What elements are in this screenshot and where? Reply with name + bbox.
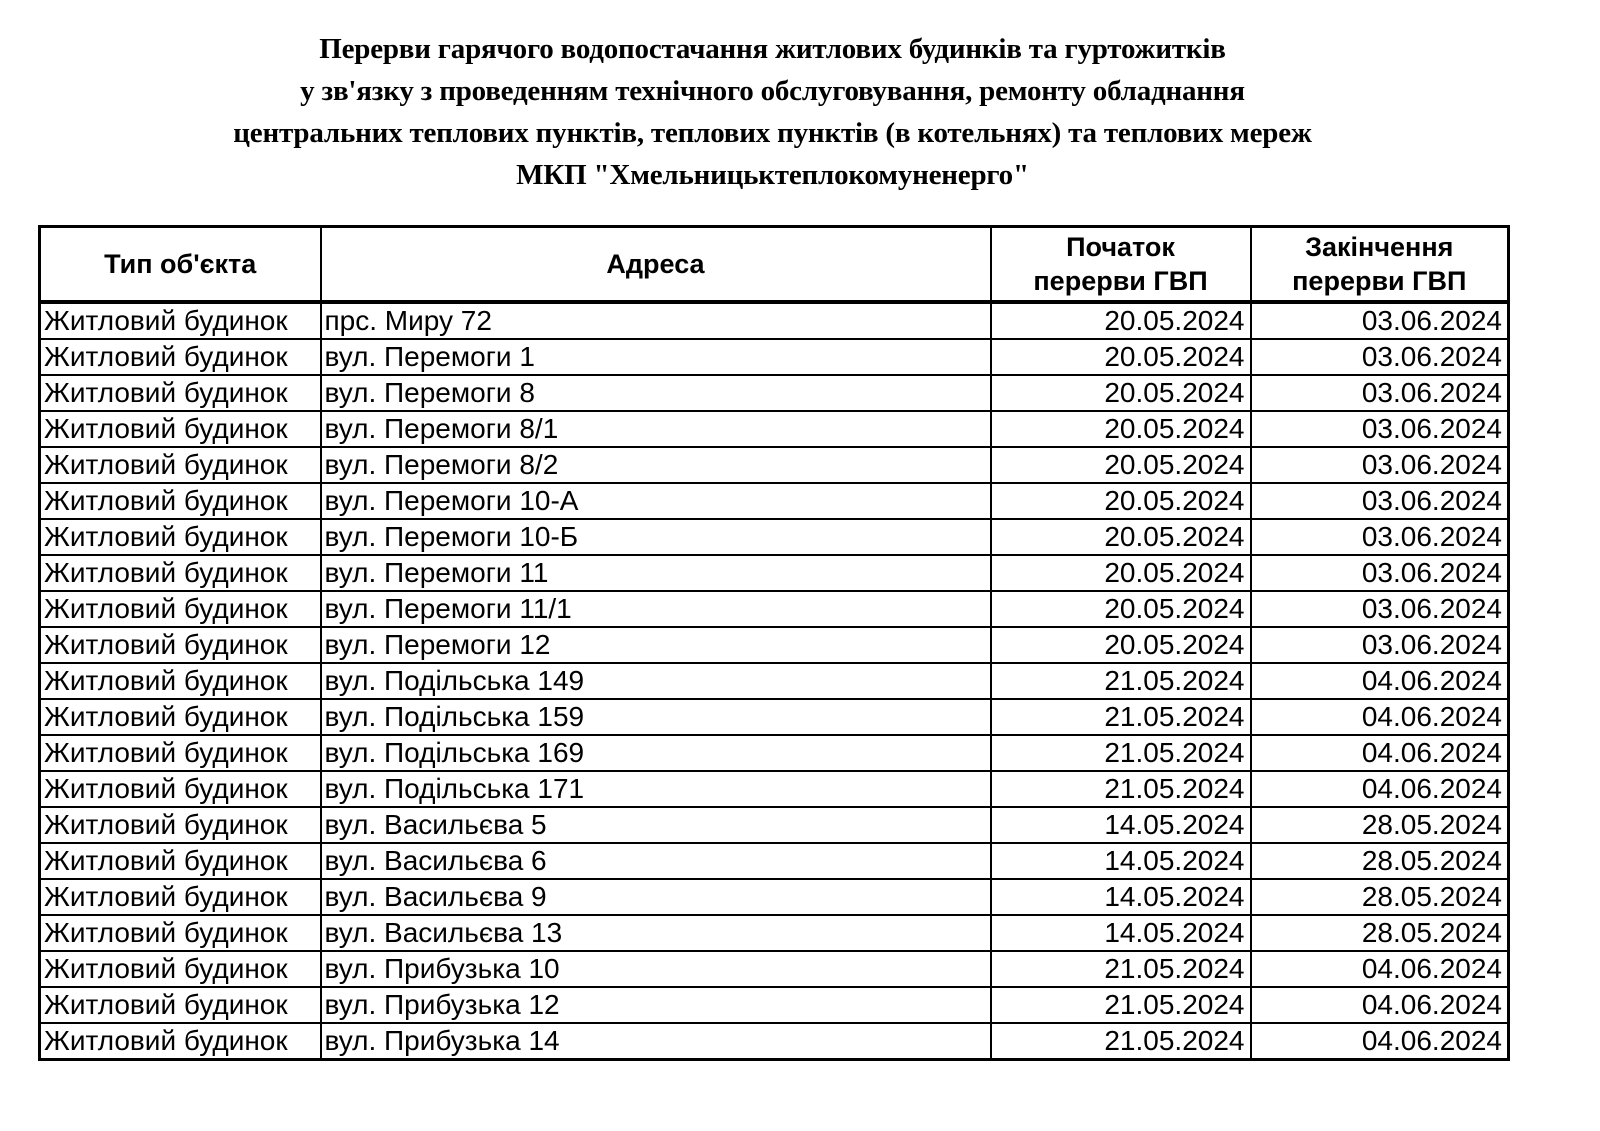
cell-start-date: 21.05.2024	[991, 1023, 1251, 1060]
cell-object-type: Житловий будинок	[40, 843, 321, 879]
cell-address: прс. Миру 72	[321, 302, 991, 339]
cell-object-type: Житловий будинок	[40, 951, 321, 987]
table-row: Житловий будинокпрс. Миру 7220.05.202403…	[40, 302, 1509, 339]
cell-address: вул. Перемоги 11	[321, 555, 991, 591]
cell-start-date: 20.05.2024	[991, 302, 1251, 339]
cell-start-date: 20.05.2024	[991, 339, 1251, 375]
table-row: Житловий будиноквул. Перемоги 8/120.05.2…	[40, 411, 1509, 447]
cell-start-date: 20.05.2024	[991, 483, 1251, 519]
cell-address: вул. Прибузька 10	[321, 951, 991, 987]
cell-object-type: Житловий будинок	[40, 375, 321, 411]
cell-object-type: Житловий будинок	[40, 1023, 321, 1060]
cell-address: вул. Перемоги 10-Б	[321, 519, 991, 555]
cell-object-type: Житловий будинок	[40, 339, 321, 375]
document-title: Перерви гарячого водопостачання житлових…	[0, 28, 1545, 196]
cell-start-date: 20.05.2024	[991, 447, 1251, 483]
cell-object-type: Житловий будинок	[40, 627, 321, 663]
cell-start-date: 20.05.2024	[991, 519, 1251, 555]
cell-object-type: Житловий будинок	[40, 663, 321, 699]
cell-end-date: 04.06.2024	[1251, 771, 1509, 807]
table-row: Житловий будиноквул. Перемоги 11/120.05.…	[40, 591, 1509, 627]
cell-end-date: 28.05.2024	[1251, 879, 1509, 915]
cell-end-date: 03.06.2024	[1251, 447, 1509, 483]
cell-start-date: 21.05.2024	[991, 663, 1251, 699]
cell-address: вул. Васильєва 6	[321, 843, 991, 879]
cell-start-date: 21.05.2024	[991, 735, 1251, 771]
cell-start-date: 20.05.2024	[991, 627, 1251, 663]
cell-end-date: 03.06.2024	[1251, 339, 1509, 375]
cell-address: вул. Перемоги 11/1	[321, 591, 991, 627]
cell-address: вул. Перемоги 1	[321, 339, 991, 375]
cell-address: вул. Васильєва 9	[321, 879, 991, 915]
cell-end-date: 03.06.2024	[1251, 375, 1509, 411]
cell-start-date: 14.05.2024	[991, 879, 1251, 915]
cell-object-type: Житловий будинок	[40, 987, 321, 1023]
title-line: у зв'язку з проведенням технічного обслу…	[0, 70, 1545, 112]
cell-object-type: Житловий будинок	[40, 411, 321, 447]
cell-end-date: 28.05.2024	[1251, 843, 1509, 879]
table-row: Житловий будиноквул. Васильєва 514.05.20…	[40, 807, 1509, 843]
cell-object-type: Житловий будинок	[40, 735, 321, 771]
cell-start-date: 20.05.2024	[991, 375, 1251, 411]
cell-start-date: 20.05.2024	[991, 555, 1251, 591]
cell-end-date: 03.06.2024	[1251, 483, 1509, 519]
table-row: Житловий будиноквул. Перемоги 8/220.05.2…	[40, 447, 1509, 483]
title-line: центральних теплових пунктів, теплових п…	[0, 112, 1545, 154]
cell-address: вул. Перемоги 8	[321, 375, 991, 411]
cell-object-type: Житловий будинок	[40, 519, 321, 555]
cell-object-type: Житловий будинок	[40, 591, 321, 627]
table-row: Житловий будиноквул. Прибузька 1421.05.2…	[40, 1023, 1509, 1060]
cell-address: вул. Подільська 169	[321, 735, 991, 771]
table-row: Житловий будиноквул. Васильєва 1314.05.2…	[40, 915, 1509, 951]
cell-object-type: Житловий будинок	[40, 483, 321, 519]
cell-object-type: Житловий будинок	[40, 447, 321, 483]
cell-start-date: 20.05.2024	[991, 591, 1251, 627]
table-row: Житловий будиноквул. Васильєва 914.05.20…	[40, 879, 1509, 915]
cell-end-date: 03.06.2024	[1251, 591, 1509, 627]
cell-end-date: 28.05.2024	[1251, 915, 1509, 951]
cell-object-type: Житловий будинок	[40, 879, 321, 915]
table-body: Житловий будинокпрс. Миру 7220.05.202403…	[40, 302, 1509, 1060]
table-header-row: Тип об'єкта Адреса Початок перерви ГВП З…	[40, 227, 1509, 303]
cell-address: вул. Перемоги 8/2	[321, 447, 991, 483]
cell-address: вул. Прибузька 14	[321, 1023, 991, 1060]
cell-end-date: 04.06.2024	[1251, 987, 1509, 1023]
cell-end-date: 03.06.2024	[1251, 411, 1509, 447]
cell-address: вул. Подільська 171	[321, 771, 991, 807]
table-row: Житловий будиноквул. Подільська 17121.05…	[40, 771, 1509, 807]
cell-address: вул. Перемоги 12	[321, 627, 991, 663]
table-row: Житловий будиноквул. Прибузька 1221.05.2…	[40, 987, 1509, 1023]
table-row: Житловий будиноквул. Прибузька 1021.05.2…	[40, 951, 1509, 987]
cell-start-date: 20.05.2024	[991, 411, 1251, 447]
cell-object-type: Житловий будинок	[40, 915, 321, 951]
cell-end-date: 04.06.2024	[1251, 1023, 1509, 1060]
header-object-type: Тип об'єкта	[40, 227, 321, 303]
cell-end-date: 04.06.2024	[1251, 663, 1509, 699]
header-start: Початок перерви ГВП	[991, 227, 1251, 303]
cell-start-date: 21.05.2024	[991, 951, 1251, 987]
cell-address: вул. Васильєва 5	[321, 807, 991, 843]
hot-water-outage-table: Тип об'єкта Адреса Початок перерви ГВП З…	[38, 225, 1510, 1061]
cell-address: вул. Перемоги 8/1	[321, 411, 991, 447]
cell-end-date: 04.06.2024	[1251, 951, 1509, 987]
cell-object-type: Житловий будинок	[40, 699, 321, 735]
cell-end-date: 03.06.2024	[1251, 555, 1509, 591]
cell-start-date: 14.05.2024	[991, 915, 1251, 951]
table-row: Житловий будиноквул. Подільська 16921.05…	[40, 735, 1509, 771]
cell-address: вул. Подільська 159	[321, 699, 991, 735]
table-row: Житловий будиноквул. Перемоги 10-Б20.05.…	[40, 519, 1509, 555]
cell-end-date: 04.06.2024	[1251, 699, 1509, 735]
cell-address: вул. Перемоги 10-А	[321, 483, 991, 519]
cell-end-date: 04.06.2024	[1251, 735, 1509, 771]
cell-object-type: Житловий будинок	[40, 555, 321, 591]
cell-start-date: 21.05.2024	[991, 771, 1251, 807]
cell-start-date: 21.05.2024	[991, 699, 1251, 735]
table-row: Житловий будиноквул. Подільська 14921.05…	[40, 663, 1509, 699]
cell-address: вул. Прибузька 12	[321, 987, 991, 1023]
table-row: Житловий будиноквул. Перемоги 10-А20.05.…	[40, 483, 1509, 519]
table-row: Житловий будиноквул. Васильєва 614.05.20…	[40, 843, 1509, 879]
table-row: Житловий будиноквул. Перемоги 120.05.202…	[40, 339, 1509, 375]
cell-start-date: 14.05.2024	[991, 807, 1251, 843]
cell-start-date: 21.05.2024	[991, 987, 1251, 1023]
table-row: Житловий будиноквул. Перемоги 1220.05.20…	[40, 627, 1509, 663]
header-end: Закінчення перерви ГВП	[1251, 227, 1509, 303]
cell-end-date: 03.06.2024	[1251, 302, 1509, 339]
cell-address: вул. Васильєва 13	[321, 915, 991, 951]
table-row: Житловий будиноквул. Перемоги 1120.05.20…	[40, 555, 1509, 591]
header-address: Адреса	[321, 227, 991, 303]
table-row: Житловий будиноквул. Перемоги 820.05.202…	[40, 375, 1509, 411]
cell-object-type: Житловий будинок	[40, 807, 321, 843]
cell-end-date: 28.05.2024	[1251, 807, 1509, 843]
title-line: Перерви гарячого водопостачання житлових…	[0, 28, 1545, 70]
cell-end-date: 03.06.2024	[1251, 519, 1509, 555]
cell-address: вул. Подільська 149	[321, 663, 991, 699]
table-row: Житловий будиноквул. Подільська 15921.05…	[40, 699, 1509, 735]
cell-object-type: Житловий будинок	[40, 302, 321, 339]
cell-object-type: Житловий будинок	[40, 771, 321, 807]
cell-end-date: 03.06.2024	[1251, 627, 1509, 663]
title-line: МКП "Хмельницьктеплокомуненерго"	[0, 154, 1545, 196]
cell-start-date: 14.05.2024	[991, 843, 1251, 879]
